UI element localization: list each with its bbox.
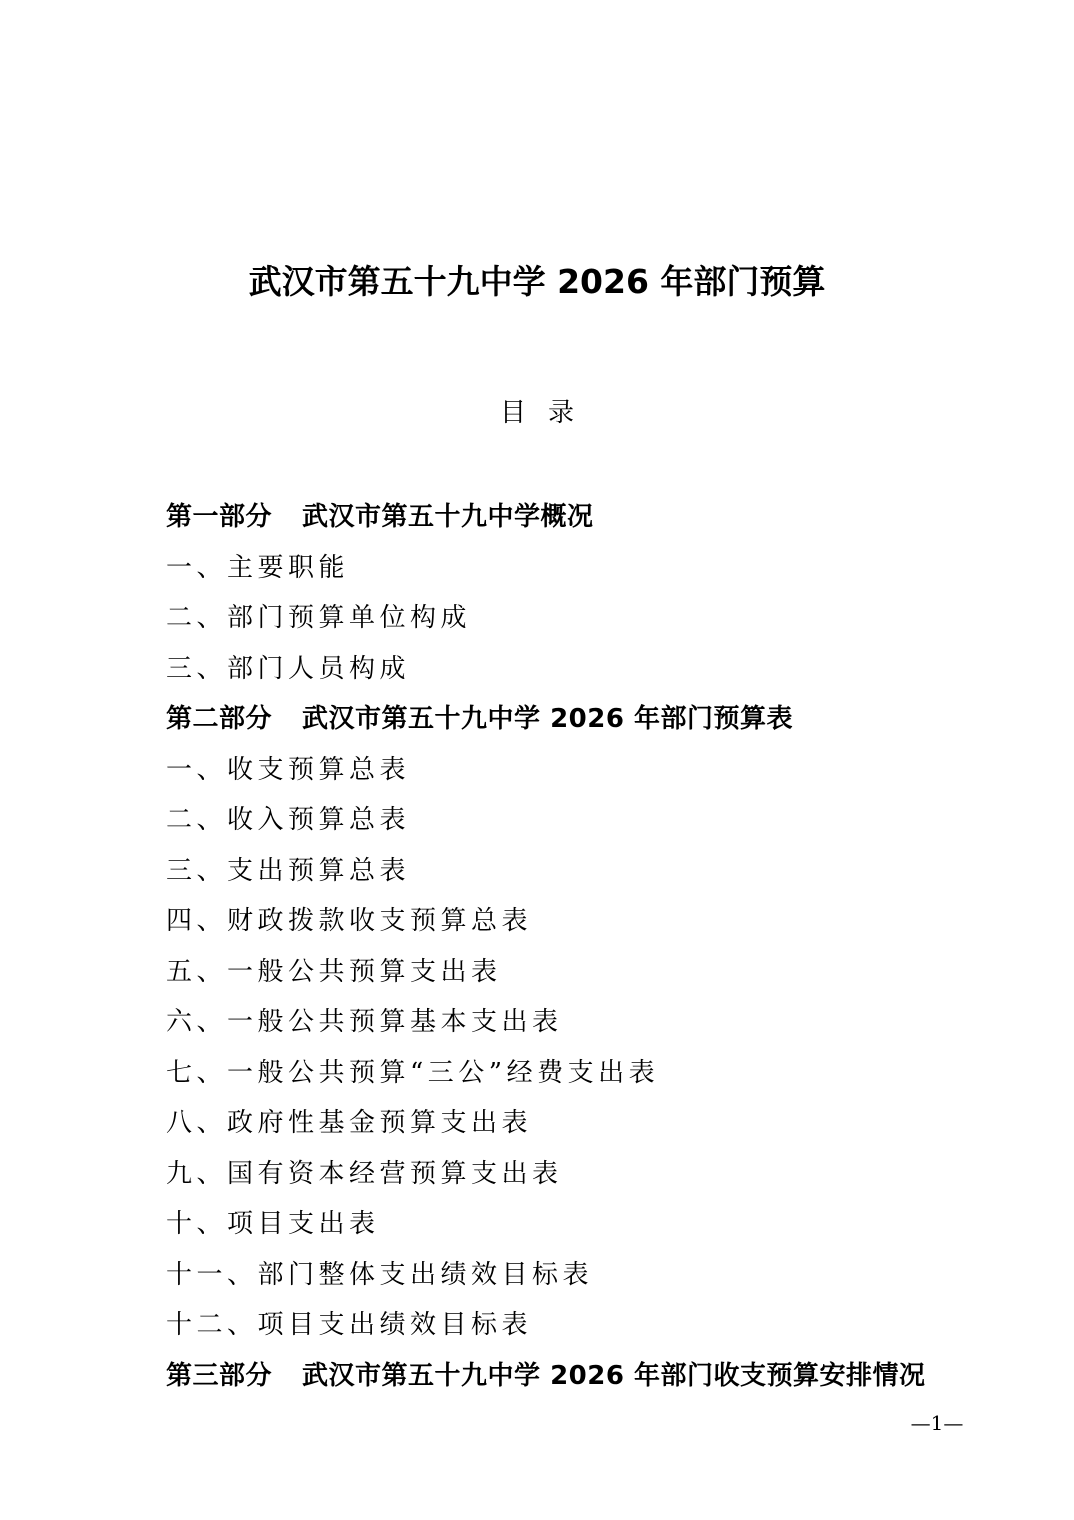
- table-of-contents: 第一部分武汉市第五十九中学概况 一、主要职能 二、部门预算单位构成 三、部门人员…: [166, 496, 1026, 1405]
- toc-item[interactable]: 二、收入预算总表: [166, 799, 1026, 850]
- toc-item[interactable]: 一、主要职能: [166, 547, 1026, 598]
- toc-item[interactable]: 二、部门预算单位构成: [166, 597, 1026, 648]
- toc-heading: 目录: [0, 393, 1074, 433]
- toc-item[interactable]: 五、一般公共预算支出表: [166, 951, 1026, 1002]
- part-title: 武汉市第五十九中学概况: [302, 502, 594, 532]
- part-title: 武汉市第五十九中学 2026 年部门预算表: [302, 704, 793, 734]
- toc-item[interactable]: 七、一般公共预算“三公”经费支出表: [166, 1052, 1026, 1103]
- toc-item[interactable]: 三、支出预算总表: [166, 850, 1026, 901]
- toc-item[interactable]: 一、收支预算总表: [166, 749, 1026, 800]
- toc-item[interactable]: 六、一般公共预算基本支出表: [166, 1001, 1026, 1052]
- part-label: 第三部分: [166, 1355, 272, 1397]
- toc-item[interactable]: 四、财政拨款收支预算总表: [166, 900, 1026, 951]
- toc-heading-char-2: 录: [548, 398, 574, 428]
- part-label: 第一部分: [166, 496, 272, 538]
- page-number: —1—: [902, 1410, 972, 1436]
- toc-part-2[interactable]: 第二部分武汉市第五十九中学 2026 年部门预算表: [166, 698, 1026, 749]
- toc-heading-char-1: 目: [500, 398, 526, 428]
- toc-item[interactable]: 九、国有资本经营预算支出表: [166, 1153, 1026, 1204]
- part-label: 第二部分: [166, 698, 272, 740]
- document-title: 武汉市第五十九中学 2026 年部门预算: [0, 256, 1074, 308]
- toc-item[interactable]: 十、项目支出表: [166, 1203, 1026, 1254]
- toc-part-1[interactable]: 第一部分武汉市第五十九中学概况: [166, 496, 1026, 547]
- toc-item[interactable]: 十二、项目支出绩效目标表: [166, 1304, 1026, 1355]
- part-title: 武汉市第五十九中学 2026 年部门收支预算安排情况: [302, 1361, 925, 1391]
- toc-item[interactable]: 十一、部门整体支出绩效目标表: [166, 1254, 1026, 1305]
- toc-item[interactable]: 八、政府性基金预算支出表: [166, 1102, 1026, 1153]
- toc-item[interactable]: 三、部门人员构成: [166, 648, 1026, 699]
- toc-part-3[interactable]: 第三部分武汉市第五十九中学 2026 年部门收支预算安排情况: [166, 1355, 1026, 1406]
